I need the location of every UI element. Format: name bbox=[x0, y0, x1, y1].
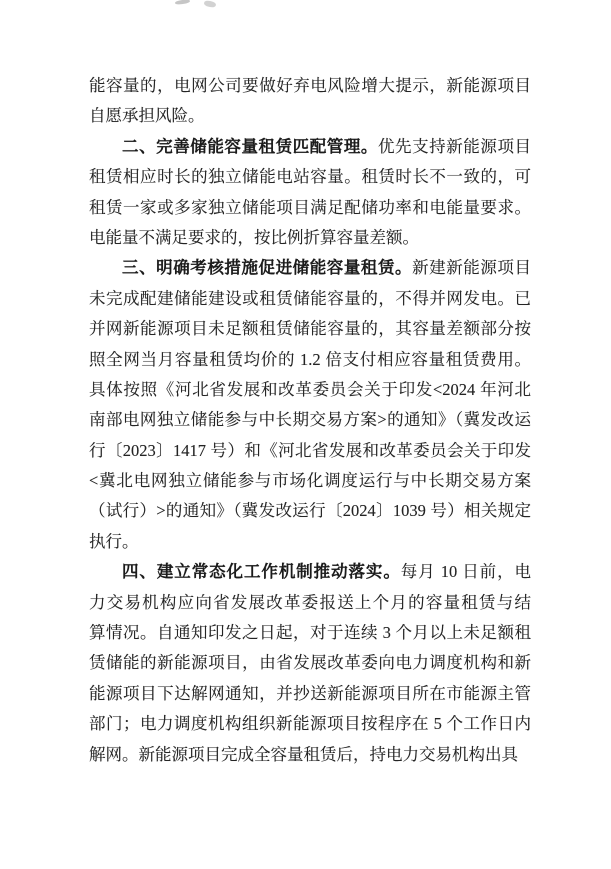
text-line: 能源项目下达解网通知，并抄送新能源项目所在市能源主管 bbox=[89, 679, 531, 709]
text-line: 赁储能的新能源项目，由省发展改革委向电力调度机构和新 bbox=[89, 648, 531, 678]
line-text: 新建新能源项目 bbox=[412, 258, 531, 277]
line-text: <冀北电网独立储能参与市场化调度运行与中长期交易方案 bbox=[89, 471, 531, 490]
scan-artifact bbox=[204, 0, 217, 8]
paragraph-first-line: 二、完善储能容量租赁匹配管理。优先支持新能源项目 bbox=[89, 132, 531, 162]
line-text: 未完成配建储能建设或租赁储能容量的，不得并网发电。已 bbox=[89, 289, 531, 308]
line-text: 电能量不满足要求的，按比例折算容量差额。 bbox=[89, 228, 419, 247]
text-line: 电能量不满足要求的，按比例折算容量差额。 bbox=[89, 223, 531, 253]
line-text: 能源项目下达解网通知，并抄送新能源项目所在市能源主管 bbox=[89, 684, 531, 703]
line-text: 每月 10 日前，电 bbox=[401, 562, 531, 581]
line-text: 力交易机构应向省发展改革委报送上个月的容量租赁与结 bbox=[89, 593, 531, 612]
paragraph-first-line: 三、明确考核措施促进储能容量租赁。新建新能源项目 bbox=[89, 253, 531, 283]
text-line: （试行）>的通知》（冀发改运行〔2024〕1039 号）相关规定 bbox=[89, 496, 531, 526]
text-line: 能容量的，电网公司要做好弃电风险增大提示，新能源项目 bbox=[89, 71, 531, 101]
document-text-block: 能容量的，电网公司要做好弃电风险增大提示，新能源项目自愿承担风险。二、完善储能容… bbox=[89, 71, 531, 770]
text-line: 未完成配建储能建设或租赁储能容量的，不得并网发电。已 bbox=[89, 284, 531, 314]
line-text: 优先支持新能源项目 bbox=[378, 137, 531, 156]
section-heading: 二、完善储能容量租赁匹配管理。 bbox=[122, 138, 378, 156]
line-text: 租赁相应时长的独立储能电站容量。租赁时长不一致的，可 bbox=[89, 167, 531, 186]
line-text: 租赁一家或多家独立储能项目满足配储功率和电能量要求。 bbox=[89, 198, 531, 217]
text-line: 行〔2023〕1417 号）和《河北省发展和改革委员会关于印发 bbox=[89, 436, 531, 466]
line-text: 南部电网独立储能参与中长期交易方案>的通知》（冀发改运 bbox=[89, 410, 531, 429]
text-line: 并网新能源项目未足额租赁储能容量的，其容量差额部分按 bbox=[89, 314, 531, 344]
document-page: 能容量的，电网公司要做好弃电风险增大提示，新能源项目自愿承担风险。二、完善储能容… bbox=[0, 0, 611, 869]
text-line: 具体按照《河北省发展和改革委员会关于印发<2024 年河北 bbox=[89, 375, 531, 405]
line-text: 行〔2023〕1417 号）和《河北省发展和改革委员会关于印发 bbox=[89, 441, 531, 460]
line-text: 算情况。自通知印发之日起，对于连续 3 个月以上未足额租 bbox=[89, 623, 531, 642]
line-text: 能容量的，电网公司要做好弃电风险增大提示，新能源项目 bbox=[89, 76, 531, 95]
text-line: 算情况。自通知印发之日起，对于连续 3 个月以上未足额租 bbox=[89, 618, 531, 648]
text-line: <冀北电网独立储能参与市场化调度运行与中长期交易方案 bbox=[89, 466, 531, 496]
text-line: 解网。新能源项目完成全容量租赁后，持电力交易机构出具 bbox=[89, 740, 531, 770]
line-text: 具体按照《河北省发展和改革委员会关于印发<2024 年河北 bbox=[89, 380, 531, 399]
line-text: 解网。新能源项目完成全容量租赁后，持电力交易机构出具 bbox=[89, 745, 518, 764]
paragraph-first-line: 四、建立常态化工作机制推动落实。每月 10 日前，电 bbox=[89, 557, 531, 587]
line-text: 自愿承担风险。 bbox=[89, 106, 205, 125]
text-line: 力交易机构应向省发展改革委报送上个月的容量租赁与结 bbox=[89, 588, 531, 618]
section-heading: 三、明确考核措施促进储能容量租赁。 bbox=[122, 259, 412, 277]
section-heading: 四、建立常态化工作机制推动落实。 bbox=[122, 563, 401, 581]
text-line: 部门；电力调度机构组织新能源项目按程序在 5 个工作日内 bbox=[89, 709, 531, 739]
line-text: 并网新能源项目未足额租赁储能容量的，其容量差额部分按 bbox=[89, 319, 531, 338]
text-line: 照全网当月容量租赁均价的 1.2 倍支付相应容量租赁费用。 bbox=[89, 345, 531, 375]
line-text: （试行）>的通知》（冀发改运行〔2024〕1039 号）相关规定 bbox=[89, 501, 531, 520]
line-text: 照全网当月容量租赁均价的 1.2 倍支付相应容量租赁费用。 bbox=[89, 350, 531, 369]
text-line: 执行。 bbox=[89, 527, 531, 557]
line-text: 部门；电力调度机构组织新能源项目按程序在 5 个工作日内 bbox=[89, 714, 531, 733]
text-line: 租赁相应时长的独立储能电站容量。租赁时长不一致的，可 bbox=[89, 162, 531, 192]
text-line: 自愿承担风险。 bbox=[89, 101, 531, 131]
line-text: 执行。 bbox=[89, 532, 139, 551]
scan-artifact bbox=[175, 0, 190, 5]
text-line: 租赁一家或多家独立储能项目满足配储功率和电能量要求。 bbox=[89, 193, 531, 223]
line-text: 赁储能的新能源项目，由省发展改革委向电力调度机构和新 bbox=[89, 653, 531, 672]
text-line: 南部电网独立储能参与中长期交易方案>的通知》（冀发改运 bbox=[89, 405, 531, 435]
